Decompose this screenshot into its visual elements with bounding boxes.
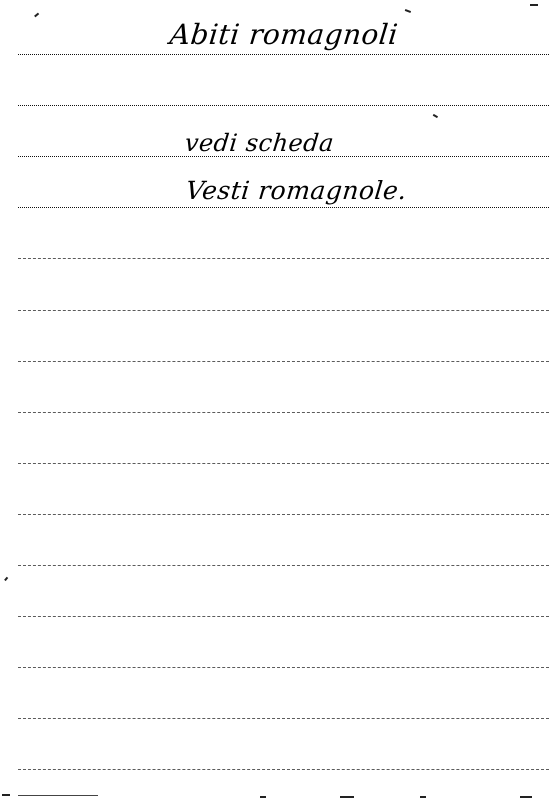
ruled-line [18, 258, 549, 259]
scan-artifact [34, 13, 39, 17]
scan-artifact [18, 795, 98, 796]
scan-artifact [260, 796, 266, 798]
ruled-line [18, 105, 549, 106]
card-title-handwritten: Abiti romagnoli [168, 18, 399, 51]
ruled-line [18, 412, 549, 413]
scan-artifact [2, 794, 10, 796]
ruled-line [18, 463, 549, 464]
scan-artifact [4, 577, 8, 581]
scan-artifact [405, 9, 411, 12]
scan-artifact [530, 4, 538, 6]
handwritten-note-alt-title: Vesti romagnole. [184, 176, 408, 205]
ruled-line [18, 616, 549, 617]
ruled-line [18, 514, 549, 515]
index-card: Abiti romagnoli vedi scheda Vesti romagn… [0, 0, 557, 800]
ruled-line [18, 310, 549, 311]
scan-artifact [340, 796, 354, 798]
ruled-line [18, 769, 549, 770]
ruled-line [18, 667, 549, 668]
scan-artifact [520, 796, 532, 798]
scan-artifact [433, 114, 438, 118]
ruled-line [18, 565, 549, 566]
handwritten-note-see-card: vedi scheda [184, 129, 336, 157]
scan-artifact [420, 796, 426, 798]
ruled-line [18, 54, 549, 55]
ruled-line [18, 718, 549, 719]
ruled-line [18, 361, 549, 362]
ruled-line [18, 207, 549, 208]
